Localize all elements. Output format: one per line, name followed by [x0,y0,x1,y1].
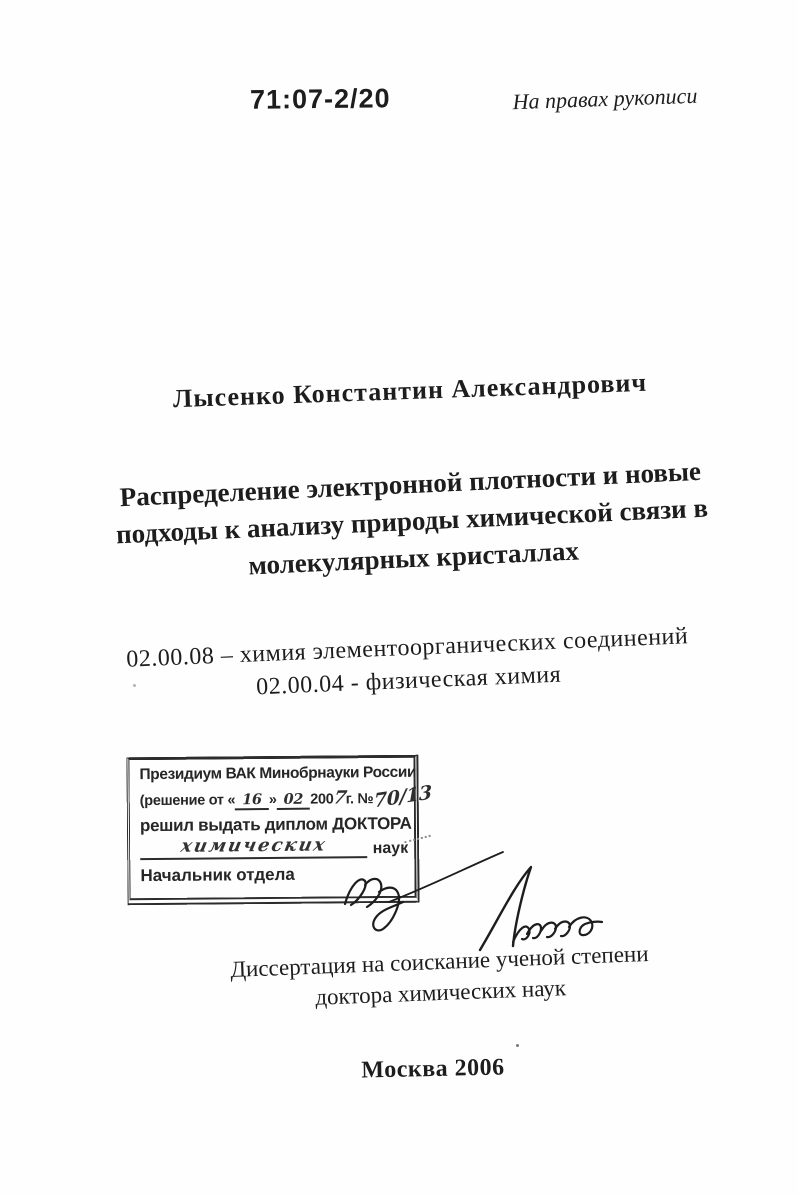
stamp-quote-close: » [269,792,277,808]
stamp-decision-prefix: (решение от « [140,792,236,809]
stamp-year-suffix: г. № [346,791,374,807]
city-year: Москва 2006 [80,1049,786,1091]
degree-statement: Диссертация на соискание ученой степени … [79,932,798,1022]
scan-artifact-dot [516,1044,519,1047]
dissertation-title-page: 71:07-2/20 На правах рукописи Лысенко Ко… [0,0,798,1197]
manuscript-note: На правах рукописи [500,82,711,115]
stamp-year-printed: 200 [310,791,333,807]
stamp-handwritten-number: 70/13 [374,785,432,808]
catalog-number: 71:07-2/20 [250,83,391,115]
scan-artifact-dot-small [133,684,136,687]
stamp-resolution: решил выдать диплом ДОКТОРА [140,814,408,836]
dissertation-title: Распределение электронной плотности и но… [18,448,798,594]
specialty-codes: 02.00.08 – химия элементоорганических со… [9,615,798,714]
stamp-organization: Президиум ВАК Минобрнауки России [139,764,407,784]
stamp-handwritten-month: 02 [276,791,310,810]
author-name: Лысенко Константин Александрович [22,362,798,419]
stamp-decision-line: (решение от «16»022007г. №70/13 [140,787,408,811]
stamp-handwritten-day: 16 [235,791,269,810]
